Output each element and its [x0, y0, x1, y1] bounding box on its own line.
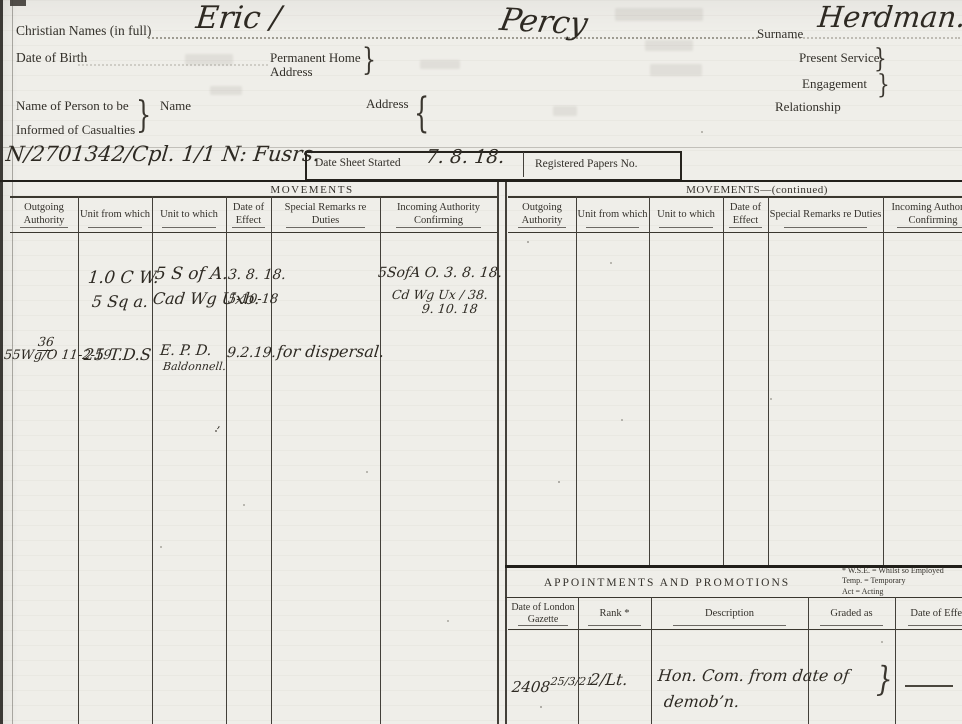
rank-abbreviation-legend: * W.S.E. = Whilst so Employed Temp. = Te…: [842, 566, 962, 597]
present-service-label: Present Service: [799, 50, 880, 66]
legend-line: * W.S.E. = Whilst so Employed: [842, 566, 962, 576]
column-rule: [895, 597, 896, 724]
header-rule: [505, 597, 962, 598]
informed-of-casualties-label-1: Name of Person to be: [16, 98, 129, 114]
christian-first-handwriting: Eric /: [194, 0, 283, 36]
entry-date: 9.2.19.: [226, 345, 277, 361]
appointments-title: APPOINTMENTS AND PROMOTIONS: [544, 577, 790, 589]
header-rule: [10, 232, 497, 233]
movements-continued-title: MOVEMENTS—(continued): [686, 184, 828, 196]
date-of-birth-label: Date of Birth: [16, 50, 87, 66]
header-rule: [508, 629, 962, 630]
graded-as-brace-mark: }: [876, 663, 893, 697]
col-header-outgoing-authority: Outgoing Authority: [10, 199, 78, 231]
permanent-home-address-label: Address: [270, 64, 313, 80]
column-rule: [808, 597, 809, 724]
table-top-rule: [10, 196, 497, 198]
col-header-date-of-effect: Date of Effect: [226, 199, 271, 231]
column-rule: [883, 196, 884, 565]
christian-middle-handwriting: Percy: [497, 2, 591, 43]
column-rule: [576, 196, 577, 565]
col-header-outgoing-authority: Outgoing Authority: [508, 199, 576, 231]
center-divider: [505, 182, 507, 724]
name-label: Name: [160, 98, 191, 114]
box-divider: [523, 152, 524, 177]
column-rule: [768, 196, 769, 565]
col-header-graded-as: Graded as: [808, 599, 895, 629]
date-sheet-started-handwriting: 7. 8. 18.: [425, 146, 506, 168]
brace-glyph: }: [874, 45, 887, 71]
brace-glyph: {: [414, 93, 429, 134]
faint-stamp: [645, 40, 693, 51]
surname-label: Surname: [757, 26, 803, 42]
faint-stamp: [420, 60, 460, 69]
column-rule: [578, 597, 579, 724]
address-label: Address: [366, 96, 409, 112]
entry-unit-to: 5 S of A.: [154, 264, 229, 284]
col-header-incoming-authority: Incoming Authority Confirming: [883, 199, 962, 231]
center-divider: [497, 182, 499, 724]
engagement-label: Engagement: [802, 76, 867, 92]
col-header-london-gazette: Date of London Gazette: [508, 599, 578, 629]
gazette-date-superscript: 25/3/21: [550, 675, 594, 688]
entry-description-line2: demob’n.: [663, 692, 740, 711]
entry-unit-from: 5 Sq a.: [91, 292, 149, 311]
faint-stamp: [650, 64, 702, 76]
date-sheet-started-label: Date Sheet Started: [315, 157, 401, 169]
faint-stamp: [553, 106, 577, 116]
col-header-date-of-effect: Date of Effect: [895, 599, 962, 629]
col-header-description: Description: [651, 599, 808, 629]
relationship-label: Relationship: [775, 99, 841, 115]
service-number-handwriting: N/2701342/Cpl. 1/1 N: Fusrs.: [5, 142, 321, 166]
entry-unit-from: 25 T.D.S: [83, 345, 152, 364]
christian-names-label: Christian Names (in full): [16, 23, 151, 39]
legend-line: Act = Acting: [842, 587, 962, 597]
entry-unit-to: E. P. D.: [159, 343, 212, 359]
movements-title: MOVEMENTS: [270, 184, 353, 196]
legend-line: Temp. = Temporary: [842, 576, 962, 586]
entry-incoming: 9. 10. 18: [421, 301, 478, 316]
service-record-sheet: Christian Names (in full) Eric / Percy S…: [0, 0, 962, 724]
column-rule: [723, 196, 724, 565]
col-header-unit-from: Unit from which: [576, 199, 649, 231]
entry-date: 5-10-18: [227, 292, 279, 307]
leader-line: [792, 37, 960, 39]
informed-of-casualties-label-2: Informed of Casualties: [16, 122, 135, 138]
col-header-rank: Rank *: [578, 599, 651, 629]
brace-glyph: }: [136, 97, 151, 133]
surname-handwriting: Herdman.: [816, 0, 962, 34]
column-rule: [78, 196, 79, 724]
brace-glyph: }: [362, 46, 376, 77]
entry-gazette-date: 240825/3/21: [511, 675, 594, 696]
entry-incoming: Cd Wg Ux / 38.: [391, 287, 489, 302]
entry-rank: 2/Lt.: [589, 670, 629, 689]
col-header-special-remarks: Special Remarks re Duties: [768, 199, 883, 231]
col-header-unit-from: Unit from which: [78, 199, 152, 231]
entry-date: 3. 8. 18.: [227, 267, 287, 283]
col-header-unit-to: Unit to which: [649, 199, 723, 231]
column-rule: [649, 196, 650, 565]
brace-glyph: }: [877, 71, 890, 97]
registered-papers-label: Registered Papers No.: [535, 158, 638, 170]
entry-unit-to-detail: Baldonnell.: [162, 360, 226, 373]
entry-incoming: 5SofA O. 3. 8. 18.: [377, 265, 503, 281]
entry-description-line1: Hon. Com. from date of: [657, 666, 850, 685]
faint-stamp: [210, 86, 242, 95]
leader-line: [148, 37, 758, 39]
col-header-unit-to: Unit to which: [152, 199, 226, 231]
col-header-special-remarks: Special Remarks re Duties: [271, 199, 380, 231]
entry-remarks: for dispersal.: [276, 342, 385, 361]
col-header-incoming-authority: Incoming Authority Confirming: [380, 199, 497, 231]
section-rule: [0, 180, 962, 182]
col-header-date-of-effect: Date of Effect: [723, 199, 768, 231]
entry-unit-from: 1.0 C W.: [87, 268, 160, 288]
graded-as-dash-mark: [905, 685, 953, 687]
column-rule: [651, 597, 652, 724]
gazette-number: 2408: [511, 678, 551, 696]
faint-stamp: [615, 8, 703, 21]
leader-line: [78, 64, 268, 66]
